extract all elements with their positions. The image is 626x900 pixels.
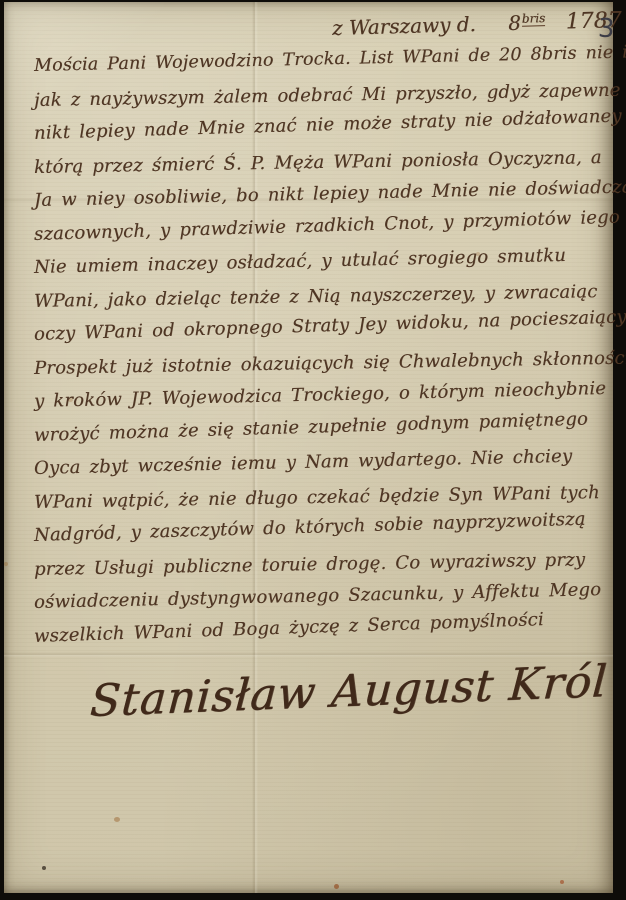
foxing-spot (114, 817, 120, 822)
foxing-spot (560, 880, 564, 884)
royal-signature: Stanisław August Król (88, 656, 611, 727)
dateline-month-superscript: bris (522, 11, 546, 27)
dateline-day: 8 (508, 11, 521, 35)
foxing-spot (4, 562, 8, 566)
letter-body: Mościa Pani Wojewodzino Trocka. List WPa… (34, 50, 612, 653)
letter-sheet: z Warszawy d. 8bris 1787 3 Mościa Pani W… (4, 2, 613, 893)
foxing-spot (334, 884, 339, 889)
scan-background: z Warszawy d. 8bris 1787 3 Mościa Pani W… (0, 0, 626, 900)
dateline-place: z Warszawy d. (332, 12, 476, 40)
dateline: z Warszawy d. 8bris 1787 (332, 8, 622, 41)
foxing-spot (42, 866, 46, 870)
